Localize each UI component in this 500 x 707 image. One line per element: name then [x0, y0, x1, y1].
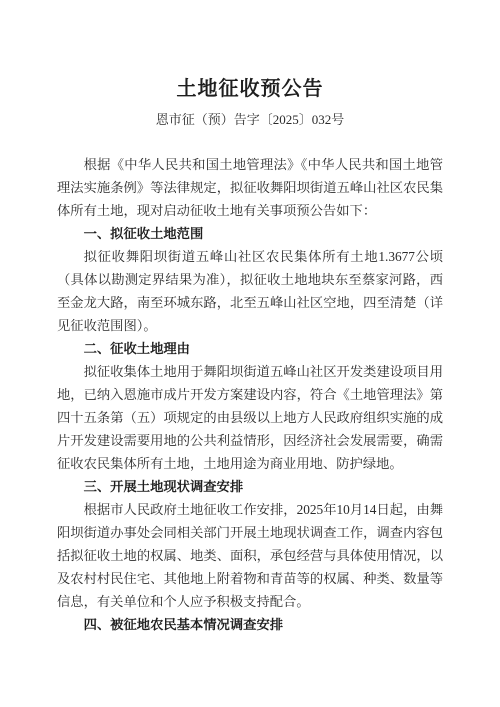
section-3-heading: 三、开展土地现状调查安排 — [57, 475, 443, 498]
section-3-paragraph: 根据市人民政府土地征收工作安排，2025年10月14日起，由舞阳坝街道办事处会同… — [57, 498, 443, 613]
section-2-heading: 二、征收土地理由 — [57, 337, 443, 360]
section-4-heading: 四、被征地农民基本情况调查安排 — [57, 613, 443, 636]
document-body: 根据《中华人民共和国土地管理法》《中华人民共和国土地管理法实施条例》等法律规定，… — [57, 153, 443, 636]
section-1-paragraph: 拟征收舞阳坝街道五峰山社区农民集体所有土地1.3677公顷（具体以勘测定界结果为… — [57, 245, 443, 337]
section-1-heading: 一、拟征收土地范围 — [57, 222, 443, 245]
document-page: 土地征收预公告 恩市征（预）告字〔2025〕032号 根据《中华人民共和国土地管… — [0, 0, 500, 707]
intro-paragraph: 根据《中华人民共和国土地管理法》《中华人民共和国土地管理法实施条例》等法律规定，… — [57, 153, 443, 222]
section-2-paragraph: 拟征收集体土地用于舞阳坝街道五峰山社区开发类建设项目用地，已纳入恩施市成片开发方… — [57, 360, 443, 475]
document-number: 恩市征（预）告字〔2025〕032号 — [0, 109, 500, 128]
document-title: 土地征收预公告 — [0, 0, 500, 101]
